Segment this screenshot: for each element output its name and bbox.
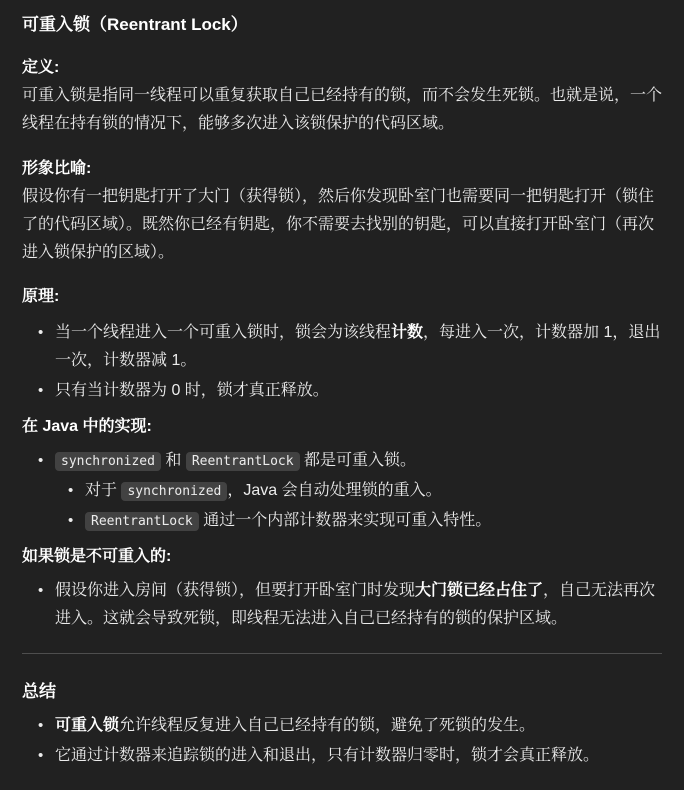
analogy-section: 形象比喻:假设你有一把钥匙打开了大门（获得锁），然后你发现卧室门也需要同一把钥匙… (22, 155, 662, 267)
bold-segment: 可重入锁 (55, 717, 119, 734)
list-item: 可重入锁允许线程反复进入自己已经持有的锁，避免了死锁的发生。 (55, 712, 662, 740)
inline-code: ReentrantLock (85, 512, 199, 531)
non-reentrant-list: 假设你进入房间（获得锁），但要打开卧室门时发现大门锁已经占住了，自己无法再次进入… (22, 577, 662, 633)
text-segment: 对于 (85, 482, 121, 499)
text-segment: 和 (161, 452, 186, 469)
java-impl-section-label: 在 Java 中的实现: (22, 413, 662, 441)
chat-response-document: 可重入锁（Reentrant Lock） 定义:可重入锁是指同一线程可以重复获取… (0, 0, 684, 788)
principle-section-label: 原理: (22, 283, 662, 311)
definition-section: 定义:可重入锁是指同一线程可以重复获取自己已经持有的锁，而不会发生死锁。也就是说… (22, 54, 662, 138)
java-impl-sublist: 对于 synchronized，Java 会自动处理锁的重入。 Reentran… (55, 477, 662, 535)
non-reentrant-section-label: 如果锁是不可重入的: (22, 543, 662, 571)
analogy-body: 假设你有一把钥匙打开了大门（获得锁），然后你发现卧室门也需要同一把钥匙打开（锁住… (22, 188, 654, 261)
java-impl-label: 在 Java 中的实现: (22, 418, 152, 435)
text-segment: 只有当计数器为 0 时，锁才真正释放。 (55, 382, 329, 399)
principle-label: 原理: (22, 288, 59, 305)
definition-body: 可重入锁是指同一线程可以重复获取自己已经持有的锁，而不会发生死锁。也就是说，一个… (22, 87, 662, 132)
bold-segment: 大门锁已经占住了 (415, 582, 543, 599)
java-impl-list: synchronized 和 ReentrantLock 都是可重入锁。 对于 … (22, 447, 662, 535)
list-item: 只有当计数器为 0 时，锁才真正释放。 (55, 377, 662, 405)
list-item: 假设你进入房间（获得锁），但要打开卧室门时发现大门锁已经占住了，自己无法再次进入… (55, 577, 662, 633)
text-segment: 都是可重入锁。 (300, 452, 416, 469)
text-segment: 允许线程反复进入自己已经持有的锁，避免了死锁的发生。 (119, 717, 535, 734)
text-segment: 当一个线程进入一个可重入锁时，锁会为该线程 (55, 324, 391, 341)
non-reentrant-label: 如果锁是不可重入的: (22, 548, 171, 565)
list-item: 对于 synchronized，Java 会自动处理锁的重入。 (85, 477, 662, 505)
principle-list: 当一个线程进入一个可重入锁时，锁会为该线程计数，每进入一次，计数器加 1，退出一… (22, 319, 662, 405)
list-item: ReentrantLock 通过一个内部计数器来实现可重入特性。 (85, 507, 662, 535)
text-segment: 通过一个内部计数器来实现可重入特性。 (199, 512, 491, 529)
inline-code: synchronized (121, 482, 227, 501)
summary-list: 可重入锁允许线程反复进入自己已经持有的锁，避免了死锁的发生。 它通过计数器来追踪… (22, 712, 662, 770)
text-segment: 假设你进入房间（获得锁），但要打开卧室门时发现 (55, 582, 415, 599)
inline-code: synchronized (55, 452, 161, 471)
page-title: 可重入锁（Reentrant Lock） (22, 13, 662, 37)
bold-segment: 计数 (391, 324, 423, 341)
text-segment: 它通过计数器来追踪锁的进入和退出，只有计数器归零时，锁才会真正释放。 (55, 747, 599, 764)
list-item: 当一个线程进入一个可重入锁时，锁会为该线程计数，每进入一次，计数器加 1，退出一… (55, 319, 662, 375)
summary-title: 总结 (22, 680, 662, 704)
section-divider (22, 653, 662, 654)
list-item: 它通过计数器来追踪锁的进入和退出，只有计数器归零时，锁才会真正释放。 (55, 742, 662, 770)
inline-code: ReentrantLock (186, 452, 300, 471)
definition-label: 定义: (22, 59, 59, 76)
text-segment: ，Java 会自动处理锁的重入。 (227, 482, 441, 499)
analogy-label: 形象比喻: (22, 160, 91, 177)
list-item: synchronized 和 ReentrantLock 都是可重入锁。 对于 … (55, 447, 662, 535)
